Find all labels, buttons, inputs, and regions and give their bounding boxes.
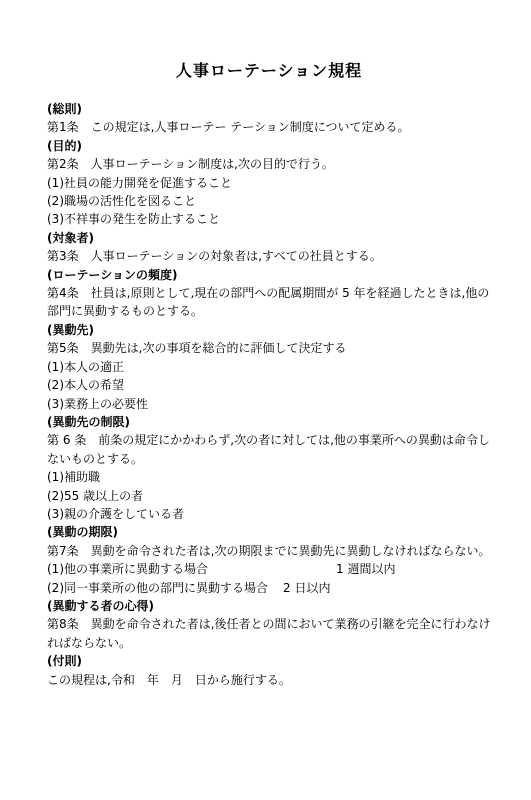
restriction-item-2: (2)55 歳以上の者 bbox=[47, 487, 491, 505]
deadline-item-1: (1)他の事業所に異動する場合1 週間以内 bbox=[47, 560, 491, 578]
article-8: 第8条 異動を命令された者は,後任者との間において業務の引継を完全に行わなければ… bbox=[47, 615, 491, 652]
destination-item-1: (1)本人の適正 bbox=[47, 358, 491, 376]
section-heading-supplement: (付則) bbox=[47, 652, 491, 670]
restriction-item-3: (3)親の介護をしている者 bbox=[47, 505, 491, 523]
section-heading-restriction: (異動先の制限) bbox=[47, 413, 491, 431]
document-page: 人事ローテーション規程 (総則) 第1条 この規定は,人事ローテー テーション制… bbox=[0, 0, 531, 800]
purpose-item-3: (3)不祥事の発生を防止すること bbox=[47, 210, 491, 228]
article-5: 第5条 異動先は,次の事項を総合的に評価して決定する bbox=[47, 339, 491, 357]
section-heading-duty: (異動する者の心得) bbox=[47, 597, 491, 615]
article-2: 第2条 人事ローテーション制度は,次の目的で行う。 bbox=[47, 155, 491, 173]
article-1: 第1条 この規定は,人事ローテー テーション制度について定める。 bbox=[47, 118, 491, 136]
section-heading-deadline: (異動の期限) bbox=[47, 523, 491, 541]
section-heading-frequency: (ローテーションの頻度) bbox=[47, 266, 491, 284]
purpose-item-1: (1)社員の能力開発を促進すること bbox=[47, 174, 491, 192]
deadline-item-2: (2)同一事業所の他の部門に異動する場合2 日以内 bbox=[47, 579, 491, 597]
article-3: 第3条 人事ローテーションの対象者は,すべての社員とする。 bbox=[47, 247, 491, 265]
deadline-limit: 1 週間以内 bbox=[336, 562, 395, 576]
deadline-limit: 2 日以内 bbox=[283, 581, 330, 595]
section-heading-destination: (異動先) bbox=[47, 321, 491, 339]
deadline-case: (2)同一事業所の他の部門に異動する場合 bbox=[47, 581, 268, 595]
section-heading-purpose: (目的) bbox=[47, 137, 491, 155]
document-title: 人事ローテーション規程 bbox=[47, 58, 491, 81]
purpose-item-2: (2)職場の活性化を図ること bbox=[47, 192, 491, 210]
article-6: 第 6 条 前条の規定にかかわらず,次の者に対しては,他の事業所への異動は命令し… bbox=[47, 431, 491, 468]
restriction-item-1: (1)補助職 bbox=[47, 468, 491, 486]
supplement-text: この規程は,令和 年 月 日から施行する。 bbox=[47, 671, 491, 689]
section-heading-general: (総則) bbox=[47, 100, 491, 118]
destination-item-2: (2)本人の希望 bbox=[47, 376, 491, 394]
section-heading-target: (対象者) bbox=[47, 229, 491, 247]
article-4: 第4条 社員は,原則として,現在の部門への配属期間が 5 年を経過したときは,他… bbox=[47, 284, 491, 321]
deadline-case: (1)他の事業所に異動する場合 bbox=[47, 562, 208, 576]
destination-item-3: (3)業務上の必要性 bbox=[47, 395, 491, 413]
article-7: 第7条 異動を命令された者は,次の期限までに異動先に異動しなければならない。 bbox=[47, 542, 491, 560]
